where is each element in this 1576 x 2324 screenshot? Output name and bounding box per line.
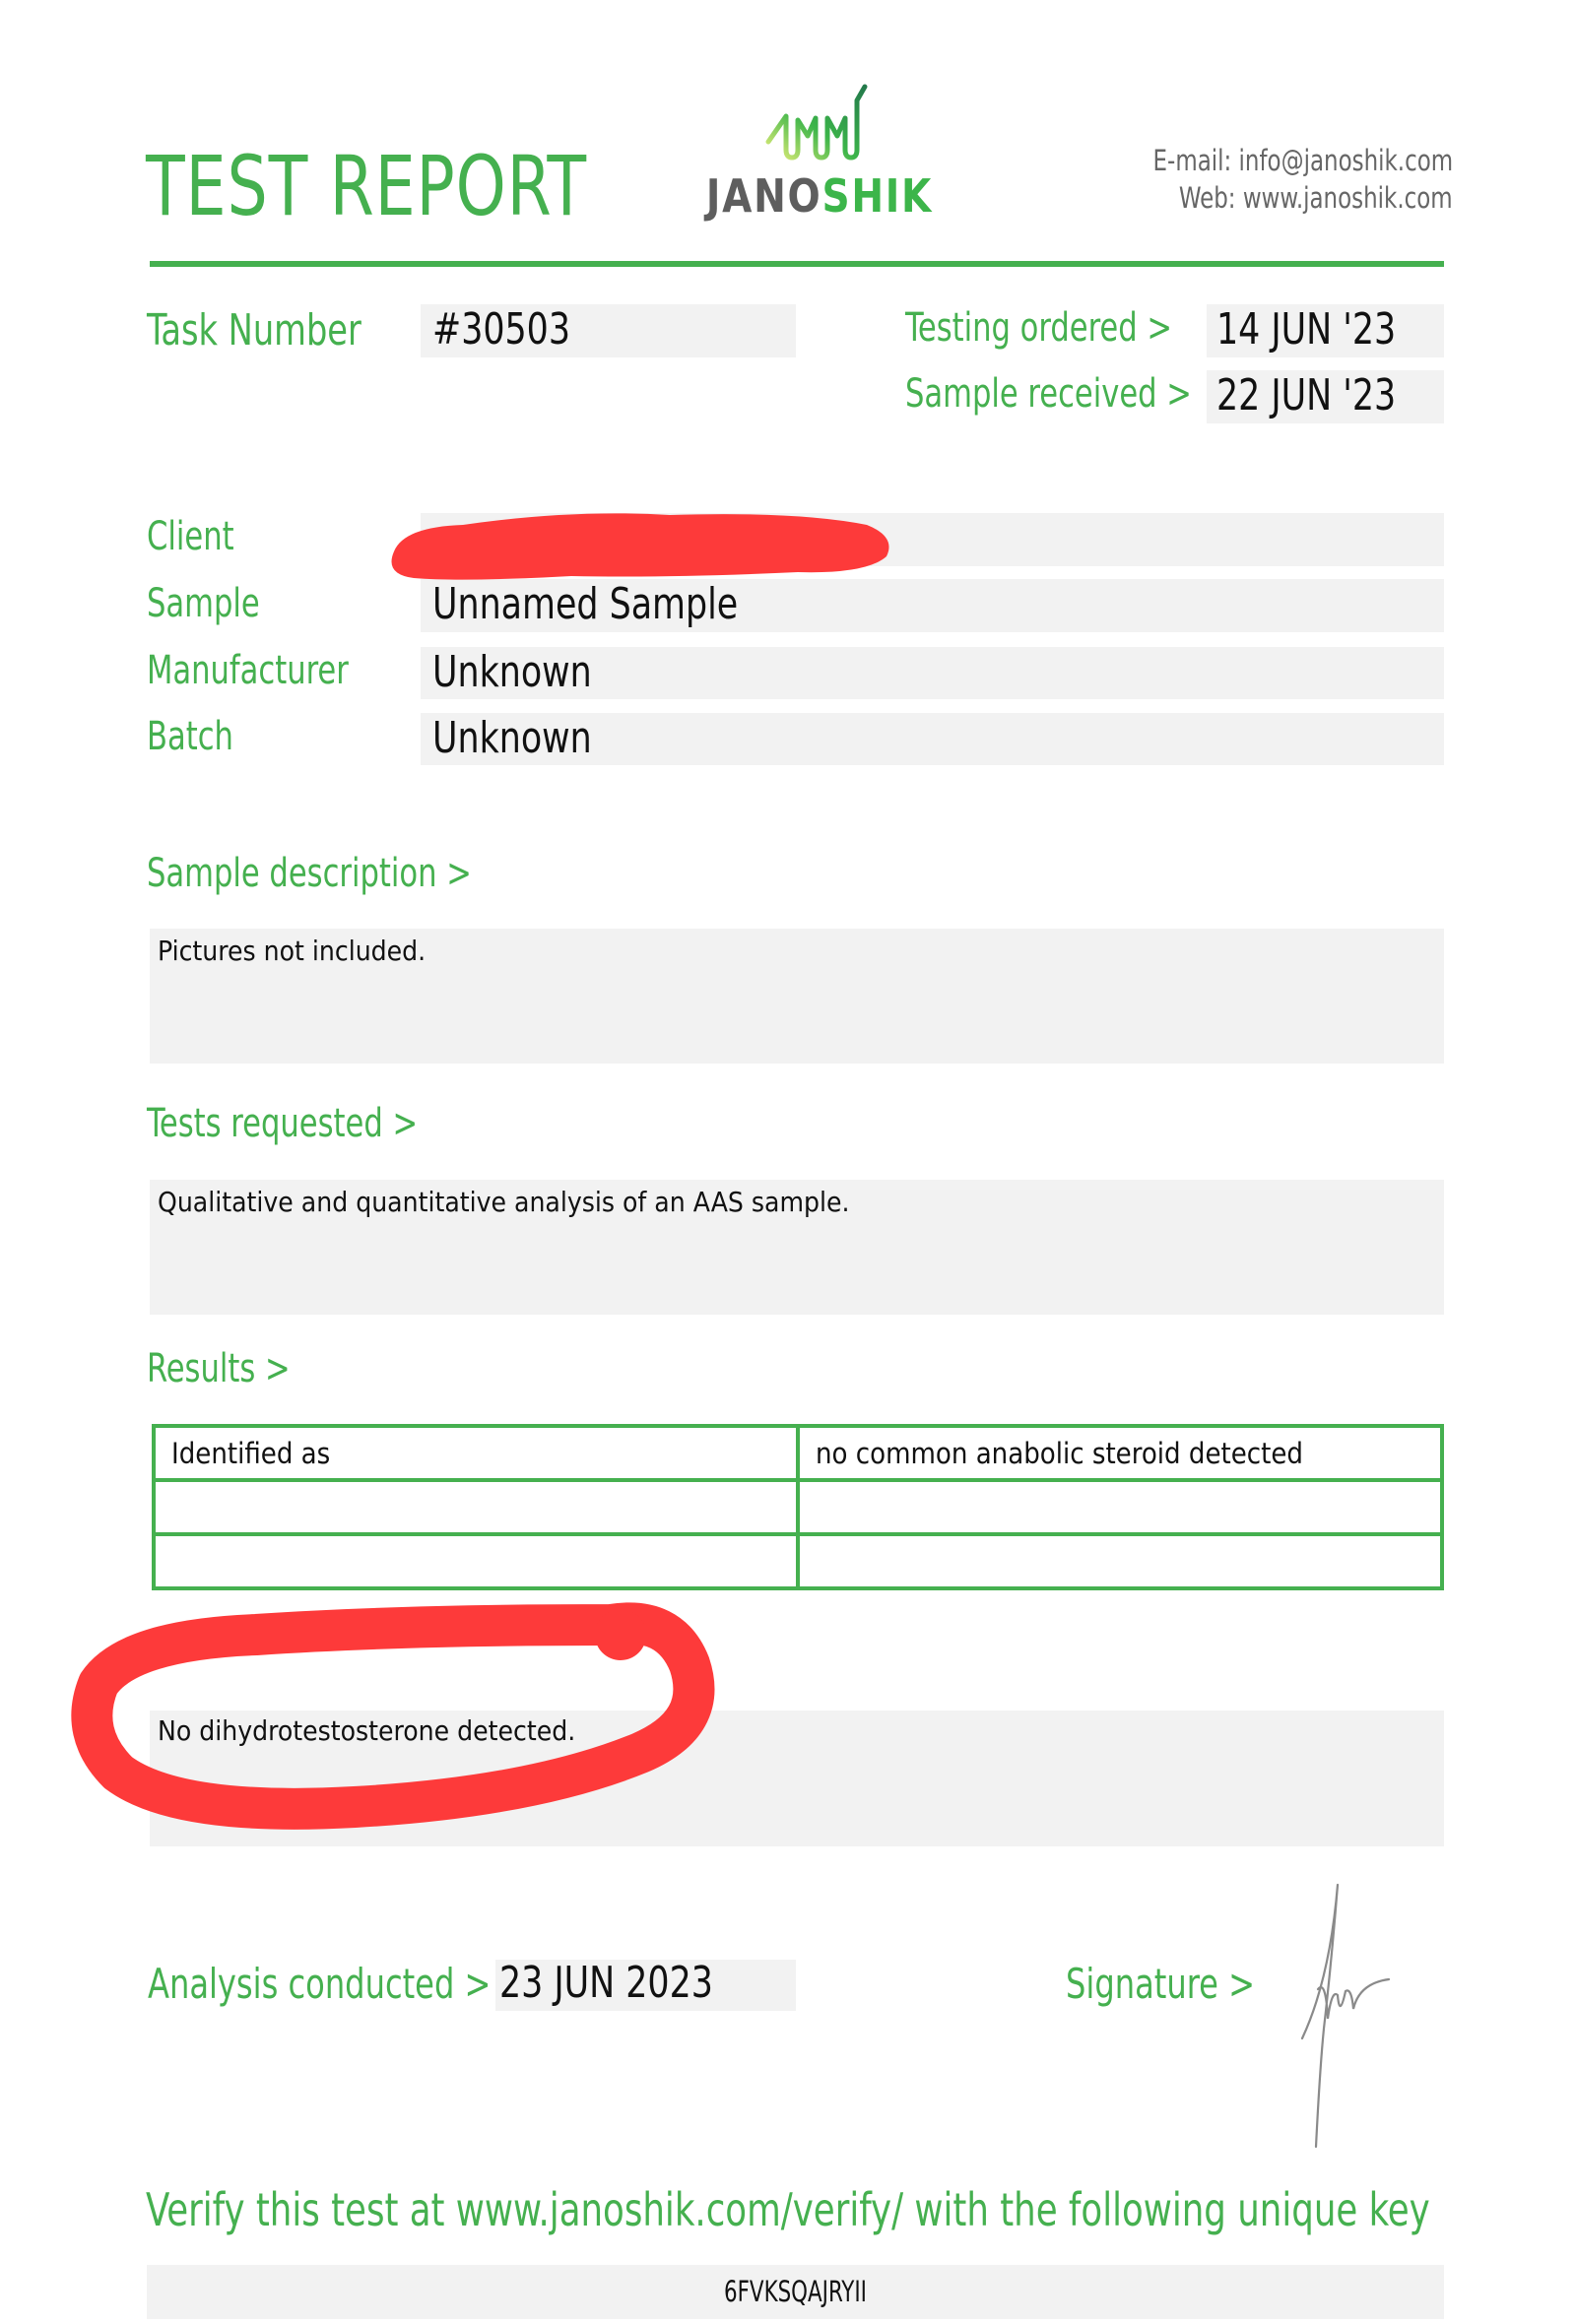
- results-label: Results >: [147, 1346, 291, 1391]
- report-title: TEST REPORT: [146, 138, 587, 234]
- tests-requested-box: Qualitative and quantitative analysis of…: [150, 1180, 1444, 1315]
- tests-requested-label: Tests requested >: [147, 1101, 418, 1146]
- signature-icon: [1280, 1881, 1409, 2157]
- table-row: Identified as no common anabolic steroid…: [154, 1426, 1442, 1480]
- batch-label: Batch: [147, 714, 233, 759]
- result-key: [154, 1534, 798, 1588]
- result-value: no common anabolic steroid detected: [798, 1426, 1442, 1480]
- contact-web[interactable]: Web: www.janoshik.com: [1179, 181, 1453, 215]
- sample-description-text: Pictures not included.: [158, 935, 426, 967]
- result-key: Identified as: [154, 1426, 798, 1480]
- batch-field: Unknown: [421, 713, 1444, 765]
- result-value: [798, 1480, 1442, 1534]
- testing-ordered-value: 14 JUN '23: [1216, 304, 1396, 355]
- client-label: Client: [147, 514, 234, 559]
- sample-label: Sample: [147, 581, 260, 626]
- result-key: [154, 1480, 798, 1534]
- sample-description-box: Pictures not included.: [150, 929, 1444, 1064]
- task-number-value: #30503: [432, 304, 570, 355]
- contact-email[interactable]: E-mail: info@janoshik.com: [1152, 144, 1453, 177]
- notes-box: No dihydrotestosterone detected.: [150, 1711, 1444, 1846]
- logo-text-jano: JANO: [706, 169, 822, 223]
- verify-instructions: Verify this test at www.janoshik.com/ver…: [146, 2183, 1430, 2236]
- sample-field: Unnamed Sample: [421, 579, 1444, 632]
- manufacturer-value: Unknown: [432, 647, 592, 697]
- manufacturer-field: Unknown: [421, 647, 1444, 699]
- sample-description-label: Sample description >: [147, 851, 472, 896]
- janoshik-logo: JANOSHIK: [689, 81, 911, 224]
- task-number-label: Task Number: [147, 305, 361, 355]
- testing-ordered-label: Testing ordered >: [905, 305, 1172, 351]
- analysis-conducted-field: 23 JUN 2023: [495, 1960, 796, 2011]
- signature-label: Signature >: [1066, 1960, 1255, 2008]
- sample-received-field: 22 JUN '23: [1207, 370, 1444, 423]
- manufacturer-label: Manufacturer: [147, 648, 349, 693]
- sample-received-value: 22 JUN '23: [1216, 370, 1396, 420]
- verify-key: 6FVKSQAJRYII: [264, 2275, 1328, 2308]
- sample-value: Unnamed Sample: [432, 579, 738, 629]
- notes-text: No dihydrotestosterone detected.: [158, 1714, 575, 1747]
- table-row: [154, 1534, 1442, 1588]
- batch-value: Unknown: [432, 713, 592, 763]
- logo-chart-icon: [689, 81, 911, 169]
- analysis-conducted-label: Analysis conducted >: [148, 1960, 491, 2008]
- table-row: [154, 1480, 1442, 1534]
- analysis-conducted-value: 23 JUN 2023: [499, 1958, 713, 2008]
- task-number-field: #30503: [421, 304, 796, 357]
- tests-requested-text: Qualitative and quantitative analysis of…: [158, 1186, 850, 1218]
- header-divider: [150, 261, 1444, 267]
- verify-key-field[interactable]: 6FVKSQAJRYII: [147, 2265, 1444, 2319]
- testing-ordered-field: 14 JUN '23: [1207, 304, 1444, 357]
- client-field: [421, 513, 1444, 566]
- result-value: [798, 1534, 1442, 1588]
- sample-received-label: Sample received >: [905, 371, 1192, 417]
- results-table: Identified as no common anabolic steroid…: [152, 1424, 1444, 1590]
- logo-text-shik: SHIK: [821, 169, 933, 223]
